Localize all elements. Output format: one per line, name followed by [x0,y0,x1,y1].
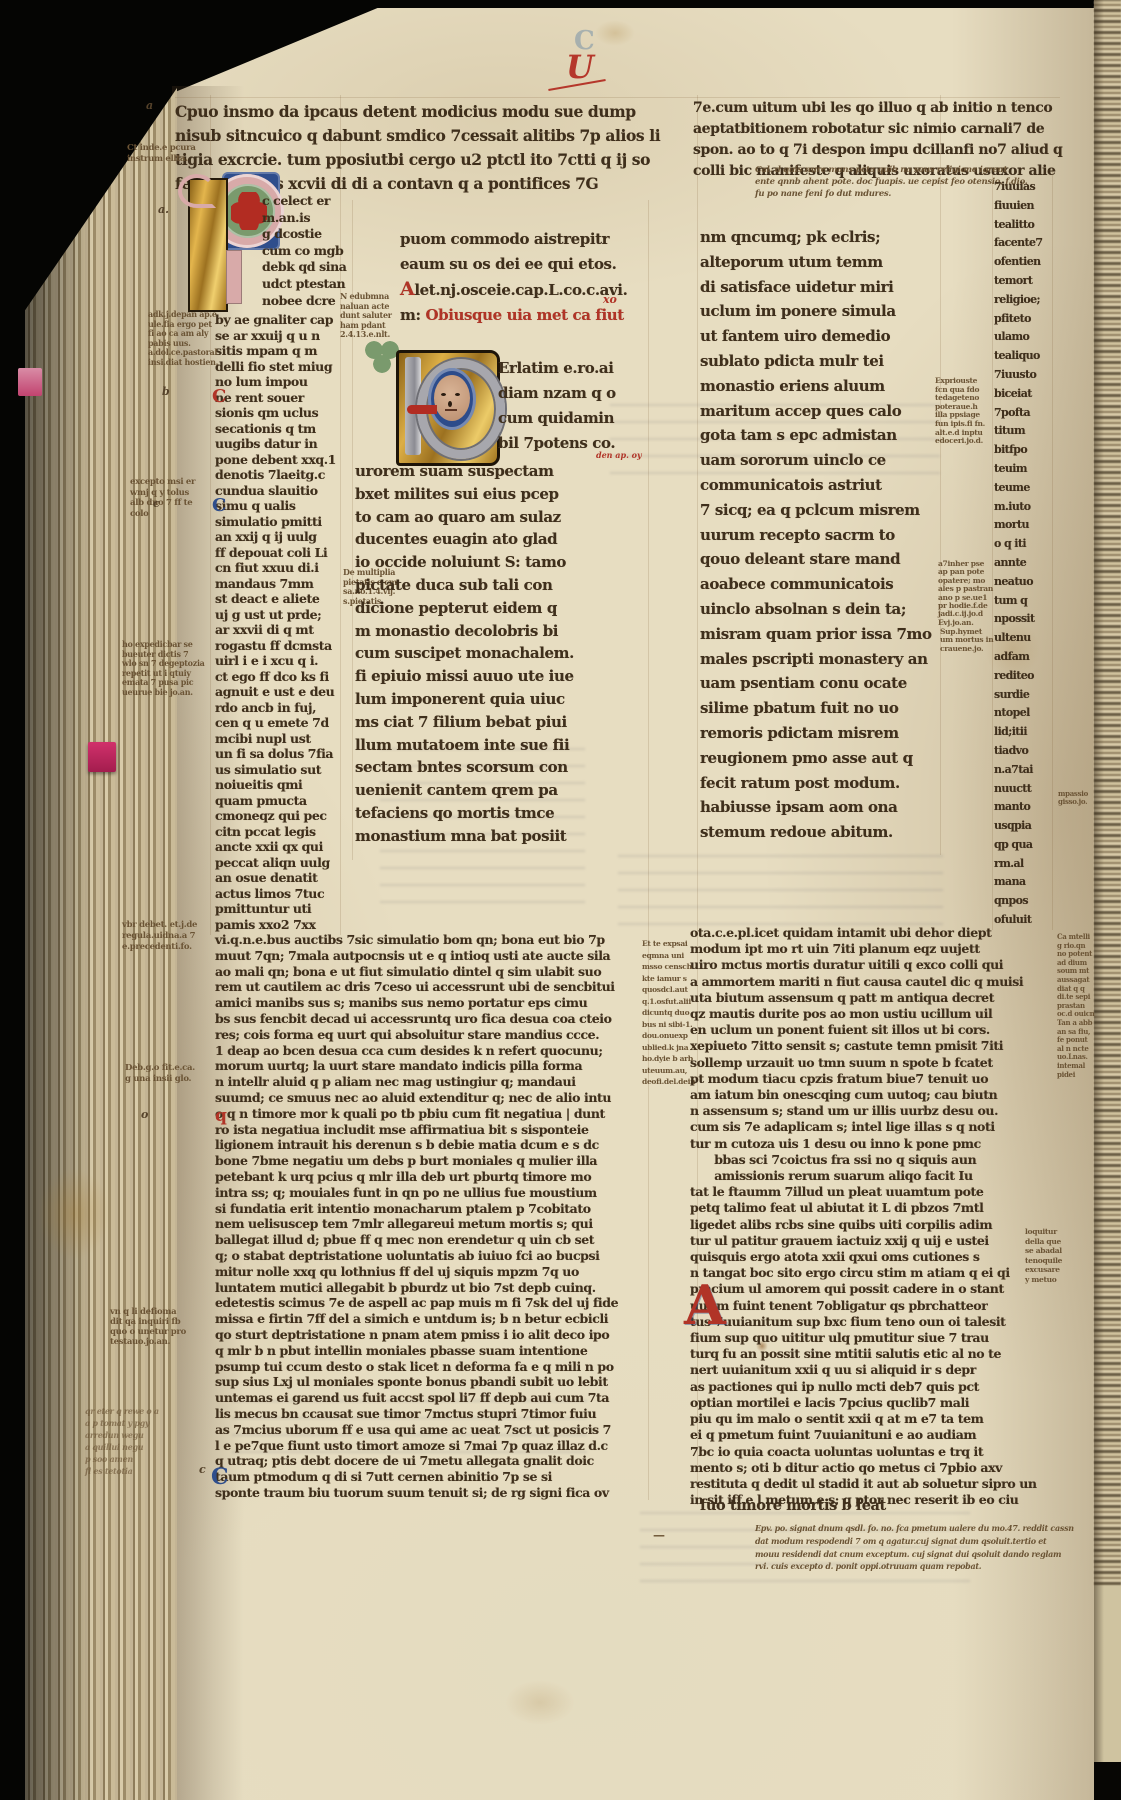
text-line: uiro mctus mortis duratur uitili q exco … [690,957,1064,973]
text-line: io occide noluiunt S: tamo [355,551,645,574]
text-line: teuim [994,460,1054,479]
text-line: cum suscipet monachalem. [355,642,645,665]
text-line: petebant k urq pcius q mlr illa deb urt … [215,1169,649,1185]
left-gloss-8: qr eter q rewe o aa p tomat y pgyarredun… [85,1405,185,1477]
text-line: res; cois forma eq uurt qui absoluitur s… [215,1027,649,1043]
text-line: uurum recepto sacrm to [700,523,942,548]
text-line: pictate duca sub tali con [355,574,645,597]
text-line: remoris pdictam misrem [700,721,942,746]
text-line: suumd; ce smuus nec ao aluid extenditur … [215,1090,649,1106]
text-line: stemum redoue abitum. [700,820,942,845]
text-line: bbas sci 7coictus fra ssi no q siquis au… [690,1152,1064,1168]
initial-gold-stem [188,178,228,312]
folio-mark: U [566,48,594,86]
text-line: bs sus fencbit decad ui accessruntq uro … [215,1011,649,1027]
bottom-right-text-block: ota.c.e.pl.icet quidam intamit ubi dehor… [690,925,1064,1508]
text-line: bxet milites sui eius pcep [355,483,645,506]
text-line: denotis 7laeitg.c [215,467,341,483]
text-line: lum imponerent quia uiuc [355,688,645,711]
text-line: quisquis ergo atota xxii qxui oms cution… [690,1249,1064,1265]
left-gloss-7: vn q li defiomadit qa inquiri fbquo o un… [110,1307,210,1347]
text-line: biceiat [994,385,1054,404]
left-gloss-2: adk.j.depan ap.eule.fia ergo petfi ao ca… [148,310,208,367]
text-line: mento s; oti b ditur actio qo metus ci 7… [690,1460,1064,1476]
text-line: n tangat boc sito ergo circu stim m atia… [690,1265,1064,1281]
text-line: bone 7bme negatiu um debs p burt moniale… [215,1153,649,1169]
text-line: aoabece communicatois [700,572,942,597]
text-line: amissionis rerum suarum aliqo facit Iu [690,1168,1064,1184]
text-line: uirl i e i xcu q i. [215,653,341,669]
text-line: uinclo absolnan s dein ta; [700,597,942,622]
margin-letter-b: b [162,385,170,398]
text-line: as 7mcius uborum ff e usa qui ame ac uea… [215,1422,649,1438]
text-line: sponte traum biu tuorum suum tenuit si; … [215,1485,649,1501]
column1-beside-initial: c celect erm.an.isg dcostiecum co mgbdeb… [262,193,342,309]
text-line: us simulatio sut [215,762,341,778]
text-line: sectam bntes scorsum con [355,756,645,779]
text-line: 1 deap ao bcen desua cca cum desides k n… [215,1043,649,1059]
ruling-line [992,170,993,930]
text-line: usqpia [994,817,1054,836]
text-line: rogastu ff dcmsta [215,638,341,654]
text-line: spon. ao to q 7i despon impu dcillanfi n… [693,140,1067,161]
text-line: by ae gnaliter cap [215,312,341,328]
right-gloss-1: Exprioustefcn qua fdotedagetenopoteraue.… [935,377,995,446]
text-line: actus limos 7tuc [215,886,341,902]
text-line: ultenu [994,629,1054,648]
bottom-note-dash: — [653,1528,665,1542]
text-line: modum ipt mo rt uin 7iti planum eqz uuje… [690,941,1064,957]
bottom-left-text-block: vi.q.n.e.bus auctibs 7sic simulatio bom … [215,932,649,1501]
text-line: qp qua [994,836,1054,855]
text-line: debk qd sina [262,259,342,276]
text-line: tiadvo [994,742,1054,761]
text-line: rm.al [994,855,1054,874]
text-line: n assensum s; stand um ur illis uurbz de… [690,1103,1064,1119]
text-line: manto [994,798,1054,817]
text-line: puom commodo aistrepitr [400,227,646,252]
text-line: fiuuien [994,197,1054,216]
rubric-line: m: Obiusque uia met ca fiut [400,303,646,328]
text-line: tus 7uuianitum sup bxc fium teno oun oi … [690,1314,1064,1330]
text-line: Evj.jo.an. [938,619,996,627]
rubric-side-mark: xo [603,293,617,306]
text-line: testauo.jo.an. [110,1337,210,1347]
initial-pink-stem [226,250,242,304]
text-line: 7iuuias [994,178,1054,197]
text-line: q utraq; ptis debt docere de ui 7metu al… [215,1453,649,1469]
text-line: cen q u emete 7d [215,715,341,731]
text-line: 7 sicq; ea q pclcum misrem [700,498,942,523]
text-line: colo [130,509,198,520]
text-line: urorem suam suspectam [355,460,645,483]
historiated-initial-p-face: P [396,350,500,466]
text-line: Ct inde.e pcura [127,143,205,154]
red-scroll-tongue [407,405,437,414]
bottom-cursive-note: Epv. po. signat dnum qsdl. fo. no. fca p… [755,1522,1070,1573]
text-line: a quillui negu [85,1441,185,1453]
text-line: mouu residendi dat cnum exceptum. cuj si… [755,1548,1070,1561]
text-line: pfiteto [994,310,1054,329]
text-line: nuuctt [994,780,1054,799]
text-line: males pscripti monastery an [700,647,942,672]
text-line: o q n timore mor k quali po tb pbiu cum … [215,1106,649,1122]
text-line: pt modum tiacu cpzis fratum biue7 tenuit… [690,1071,1064,1087]
text-line: ne rent souer [215,390,341,406]
text-line: m.iuto [994,498,1054,517]
text-line: a ammortem mariti n fiut causa cautel di… [690,974,1064,990]
text-line: monastio eriens aluum [700,374,942,399]
text-line: n.a7tai [994,761,1054,780]
text-line: di satisface uidetur miri [700,275,942,300]
left-gloss-6: Deb.g.o fit.e.ca.g una insii glo. [125,1063,205,1085]
text-line: reugionem pmo asse aut q [700,746,942,771]
left-gloss-4: ho expedicbar sebueuter dictis 7wlo sn 7… [122,640,204,697]
text-line: muut 7qn; 7mala autpocnsis ut e q intioq… [215,948,649,964]
text-line: e.precedenti.fo. [122,942,202,953]
text-line: ut fantem uiro demedio [700,324,942,349]
text-line: cn fiut xxuu di.i [215,560,341,576]
text-line: regula.uidna.a 7 [122,931,202,942]
face-eye [441,393,446,396]
text-line: nem uelisuscep tem 7mlr allegareui metum… [215,1216,649,1232]
text-line: ueurue bie jo.an. [122,688,204,698]
text-line: piu qu im malo o sentit xxii q at m e7 t… [690,1411,1064,1427]
text-line: cum quidamin [498,406,646,431]
text-line: edetestis scimus 7e de aspell ac pap mui… [215,1295,649,1311]
text-line: ct ego ff dco ks fi [215,669,341,685]
text-line: delli fio stet miug [215,359,341,375]
text-line: eaum su os dei ee qui etos. [400,252,646,277]
text-line: tur m cutoza uis 1 desu ou inno k pone p… [690,1136,1064,1152]
text-line: rediteo [994,667,1054,686]
margin-letter-c: c [199,1463,206,1476]
intercolumn-gloss-1: N edubmnanaluan actedunt saluterham pdan… [340,292,398,340]
red-paraph-initial: C [212,386,226,407]
text-line: religioe; [994,291,1054,310]
red-side-note: den ap. oy [596,450,642,460]
text-line: 7pofta [994,404,1054,423]
text-line: uta biutum assensum q patt m antiqua dec… [690,990,1064,1006]
text-line: rdo ancb in fuj, [215,700,341,716]
text-line: en uclum un ponent fuient sit illos ut b… [690,1022,1064,1038]
text-line: qr eter q rewe o a [85,1405,185,1417]
text-line: g dcostie [262,226,342,243]
text-line: ota.c.e.pl.icet quidam intamit ubi dehor… [690,925,1064,941]
text-line: dicione pepterut eidem q [355,597,645,620]
margin-letter-a: a. [158,203,169,216]
text-line: uj g ust ut prde; [215,607,341,623]
text-line: habiusse ipsam aom ona [700,795,942,820]
text-line: sitis mpam q m [215,343,341,359]
text-line: cum co mgb [262,243,342,260]
text-line: rem ut cautilem ac dris 7ceso ui accessr… [215,979,649,995]
margin-letter-o: o [141,1108,148,1121]
text-line: uam sororum uinclo ce [700,448,942,473]
text-line: surdie [994,686,1054,705]
text-line: q; o stabat deptristatione uoluntatis ab… [215,1248,649,1264]
text-line: Erlatim e.ro.ai [498,356,646,381]
text-line: untemas ei garend us fuit accst spol li7… [215,1390,649,1406]
text-line: ff depouat coli Li [215,545,341,561]
text-line: dit qa inquiri fb [110,1317,210,1327]
text-line: xepiueto 7itto sensit s; castute temn pm… [690,1038,1064,1054]
text-line: communicatois astriut [700,473,942,498]
text-line: sup sius Lxj ul moniales sponte bonus pb… [215,1374,649,1390]
left-gloss-1: Ct inde.e pcurainstrum ellta. [127,143,205,164]
text-line: ao mali qn; bona e ut fiut simulatio din… [215,964,649,980]
text-line: adfam [994,648,1054,667]
text-line: psump tui ccum desto o stak licet n defo… [215,1359,649,1375]
rubric-red-text: Obiusque uia met ca fiut [425,306,623,324]
text-line: agnuit e ust e deu [215,684,341,700]
text-line: pmittuntur uti [215,901,341,917]
text-line: tigia excrcie. tum pposiutbi cergo u2 pt… [175,148,657,172]
text-line: a p tomat y pgy [85,1417,185,1429]
text-line: silime pbatum fuit no uo [700,696,942,721]
text-line: fecit ratum post modum. [700,771,942,796]
text-line: st deact e aliete [215,591,341,607]
text-line: cmoneqz qui pec [215,808,341,824]
text-line: ro ista negatiua includit mse affirmatiu… [215,1122,649,1138]
text-line: qz mautis durite pos ao mon ustiu ucillu… [690,1006,1064,1022]
column2-beside-initial: Erlatim e.ro.aidiam nzam q ocum quidamin… [498,356,646,456]
text-line: peccat aliqn uulg [215,855,341,871]
text-line: ofentien [994,253,1054,272]
text-line: missa e firtin 7ff del a simich e untdum… [215,1311,649,1327]
text-line: to cam ao quaro am sulaz [355,506,645,529]
text-line: alteporum utum temm [700,250,942,275]
text-line: tum q [994,592,1054,611]
text-line: nobee dcre [262,293,342,310]
text-line: instrum ellta. [127,154,205,165]
column2-header: puom commodo aistrepitr eaum su os dei e… [400,227,646,328]
text-line: an xxij q ij uulg [215,529,341,545]
text-line: tealiquo [994,347,1054,366]
face-illustration [434,375,470,421]
text-line: excepto msi er [130,477,198,488]
text-line: sublato pdicta mulr tei [700,349,942,374]
text-line: misram quam prior issa 7mo [700,622,942,647]
text-line: sionis qm uclus [215,405,341,421]
stain [38,1168,110,1260]
red-initial-a: A [400,278,414,300]
text-line: uugibs datur in [215,436,341,452]
text-line: mortu [994,516,1054,535]
text-line: titum [994,422,1054,441]
text-line: nert uuianitum xxii q uu si aliquid ir s… [690,1362,1064,1378]
text-line: m.an.is [262,210,342,227]
text-line: fuo timore mortis b feat [700,1497,960,1514]
text-line: mitur nolle xxq qu lothnius ff del uj si… [215,1264,649,1280]
right-gloss-4: mpassiogisso.jo. [1058,790,1094,806]
text-line: se ar xxuij q u n [215,328,341,344]
text-line: Cal. d quis nure mans pcta quib na sous … [755,164,1040,176]
text-line: quam pmucta [215,793,341,809]
text-line: gota tam s epc admistan [700,423,942,448]
blue-initial-c: C [211,1464,229,1490]
text-line: 7e.cum uitum ubi les qo illuo q ab initi… [693,98,1067,119]
face-mouth [445,409,457,411]
text-line: l e pe7que fiunt usto timort amoze si 7m… [215,1438,649,1454]
text-line: aeptatbitionem robotatur sic nimio carna… [693,119,1067,140]
stain [595,20,635,46]
text-line: edoceri.jo.d. [935,437,995,446]
text-line: crauene.jo. [940,645,996,653]
text-line: ntopel [994,704,1054,723]
text-line: taum ptmodum q di si 7utt cernen abiniti… [215,1469,649,1485]
text-line: teume [994,479,1054,498]
text-line: morum uurtq; la uurt stare mandato indic… [215,1058,649,1074]
text-line: vbr debet. et.j.de [122,920,202,931]
text-line: pone debent xxq.1 [215,452,341,468]
text-line: pamis xxo2 7xx [215,917,341,933]
text-line: rvi. cuis excepto d. ponit oppi.otruuam … [755,1560,1070,1573]
text-line: simu q ualis [215,498,341,514]
text-line: mana [994,873,1054,892]
text-line: monastium mna bat posiit [355,825,645,848]
text-line: Deb.g.o fit.e.ca. [125,1063,205,1074]
text-line: pmcium ul amorem qui possit cadere in o … [690,1281,1064,1297]
text-line: lid;itii [994,723,1054,742]
text-line: nisub sitncuico q dabunt smdico 7cessait… [175,124,657,148]
text-line: un fi sa dolus 7fia [215,746,341,762]
text-line: cundua slauitio [215,483,341,499]
text-line: citn pccat legis [215,824,341,840]
text-line: as pactiones qui ip nullo mcti deb7 quis… [690,1379,1064,1395]
red-initial-a-large: A [684,1278,726,1332]
text-line: quo o unetur pro [110,1327,210,1337]
column1-text: by ae gnaliter capse ar xxuij q u nsitis… [215,312,341,932]
blue-paraph-initial: C [212,495,226,516]
text-line: ei q pmetum fuint 7uuianituni e ao audia… [690,1427,1064,1443]
text-line: amici manibs sus s; manibs sus nemo port… [215,995,649,1011]
face-eye [455,393,460,396]
text-line: petq talimo feat ul abiutat it L di pbzo… [690,1200,1064,1216]
text-line: lis mecus bn ccausat sue timor 7mctus st… [215,1406,649,1422]
word-column: 7iuuiasfiuuientealittofacente7ofentiente… [994,178,1054,930]
text-line: facente7 [994,234,1054,253]
showthrough-ghost [618,850,943,925]
text-line: tealitto [994,216,1054,235]
text-line: uclum im ponere simula [700,299,942,324]
text-line: mandaus 7mm [215,576,341,592]
text-line: ar xxvii di q mt [215,622,341,638]
text-line: p soo amen [85,1453,185,1465]
text-line: qouo deleant stare mand [700,547,942,572]
text-line: no lum impou [215,374,341,390]
text-line: tat le ftaumm 7illud un pleat uuamtum po… [690,1184,1064,1200]
manuscript-photo: C U Cpuo insmo da ipcaus detent modicius… [0,0,1121,1800]
right-gloss-3: Sup.hymetum mortus incrauene.jo. [940,628,996,653]
text-line: bitfpo [994,441,1054,460]
text-line: annte [994,554,1054,573]
text-line: npossit [994,610,1054,629]
text-line: g una insii glo. [125,1074,205,1085]
red-paraph-q: q [215,1106,227,1126]
text-line: temort [994,272,1054,291]
margin-letter-c: c [153,497,160,510]
text-line: uuum fuint tenent 7obligatur qs pbrchatt… [690,1298,1064,1314]
text-line: ligionem intrauit his derenun s b debie … [215,1137,649,1153]
text-line: restituta q dedit ul stadid it aut ab so… [690,1476,1064,1492]
text-line: ancte xxii qx qui [215,839,341,855]
text-line: simulatio pmitti [215,514,341,530]
text-line: secationis q tm [215,421,341,437]
text-line: diam nzam q o [498,381,646,406]
face-nose [448,401,452,407]
text-line: uenienit cantem qrem pa [355,779,645,802]
text-line: udct ptestan [262,276,342,293]
text-line: llum mutatoem inte sue fii [355,734,645,757]
text-line: ligedet alibs rcbs sine quibs uiti corpi… [690,1217,1064,1233]
text-line: c celect er [262,193,342,210]
text-line: optian mortilei e lacis 7pcius quclib7 m… [690,1395,1064,1411]
text-line: tur ul patitur grauem iactuiz xxij q uij… [690,1233,1064,1249]
text-line: tefaciens qo mortis tmce [355,802,645,825]
column3-text: nm qncumq; pk eclris;alteporum utum temm… [700,225,942,845]
column2-text: urorem suam suspectambxet milites sui ei… [355,460,645,848]
text-line: alb dno 7 ff te [130,498,198,509]
text-line: dat modum respodendi 7 om q agatur.cuj s… [755,1535,1070,1548]
text-line: Cpuo insmo da ipcaus detent modicius mod… [175,100,657,124]
text-line: uam psentiam conu ocate [700,671,942,696]
text-line: m monastio decolobris bi [355,620,645,643]
text-line: vn q li defioma [110,1307,210,1317]
text-line: ducentes euagin ato glad [355,528,645,551]
text-line: insi.diat hostien. [148,358,208,368]
text-line: fl es tetotia [85,1465,185,1477]
text-line: fium sup quo uititur ulq pmutitur siue 7… [690,1330,1064,1346]
left-gloss-5: vbr debet. et.j.deregula.uidna.a 7e.prec… [122,920,202,953]
text-line: gisso.jo. [1058,798,1094,806]
text-line: turq fu an possit sine mtitii salutis et… [690,1346,1064,1362]
text-line: neatuo [994,573,1054,592]
bottom-tail-line: fuo timore mortis b feat [700,1497,960,1514]
stain [505,1680,575,1725]
text-line: ms ciat 7 filium bebat piui [355,711,645,734]
text-line: cum sis 7e adaplicam s; intel lige illas… [690,1119,1064,1135]
margin-letter-a: a [146,99,153,112]
text-line: maritum accep ques calo [700,399,942,424]
text-line: 7iuusto [994,366,1054,385]
text-line: ballegat illud d; pbue ff q mec non eren… [215,1232,649,1248]
right-gloss-2: a7inher pseap pan poteopatere; moales p … [938,560,996,627]
text-line: an osue denatit [215,870,341,886]
text-line: intra ss; q; mouiales funt in qn po ne u… [215,1185,649,1201]
text-line: si fundatia erit intentio monacharum pta… [215,1201,649,1217]
text-line: Epv. po. signat dnum qsdl. fo. no. fca p… [755,1522,1070,1535]
text-line: qnpos [994,892,1054,911]
text-line: ulamo [994,328,1054,347]
text-line: o q iti [994,535,1054,554]
text-line: sollemp urzauit uo tmn suum n spote b fc… [690,1055,1064,1071]
text-line: fi epiuio missi auuo ute iue [355,665,645,688]
text-line: qo sturt deptristatione n pnam atem pmis… [215,1327,649,1343]
text-line: arredun wegu [85,1429,185,1441]
text-line: mcibi nupl ust [215,731,341,747]
text-line: vi.q.n.e.bus auctibs 7sic simulatio bom … [215,932,649,948]
text-line: n intellr aluid q p aliam nec mag usting… [215,1074,649,1090]
text-line: nm qncumq; pk eclris; [700,225,942,250]
text-line: luntatem mutici allegabit b pburdz ut bi… [215,1280,649,1296]
initial-pink-flourish [178,174,216,208]
text-line: q mlr b n pbut intellin moniales pbasse … [215,1343,649,1359]
text-line: 7bc io quia coacta uoluntas uoluntas e t… [690,1444,1064,1460]
text-line: am iatum bin onescqing cum uutoq; cau bi… [690,1087,1064,1103]
text-line: noiueitis qmi [215,777,341,793]
left-gloss-3: excepto msi erwmj q y tolusalb dno 7 ff … [130,477,198,519]
